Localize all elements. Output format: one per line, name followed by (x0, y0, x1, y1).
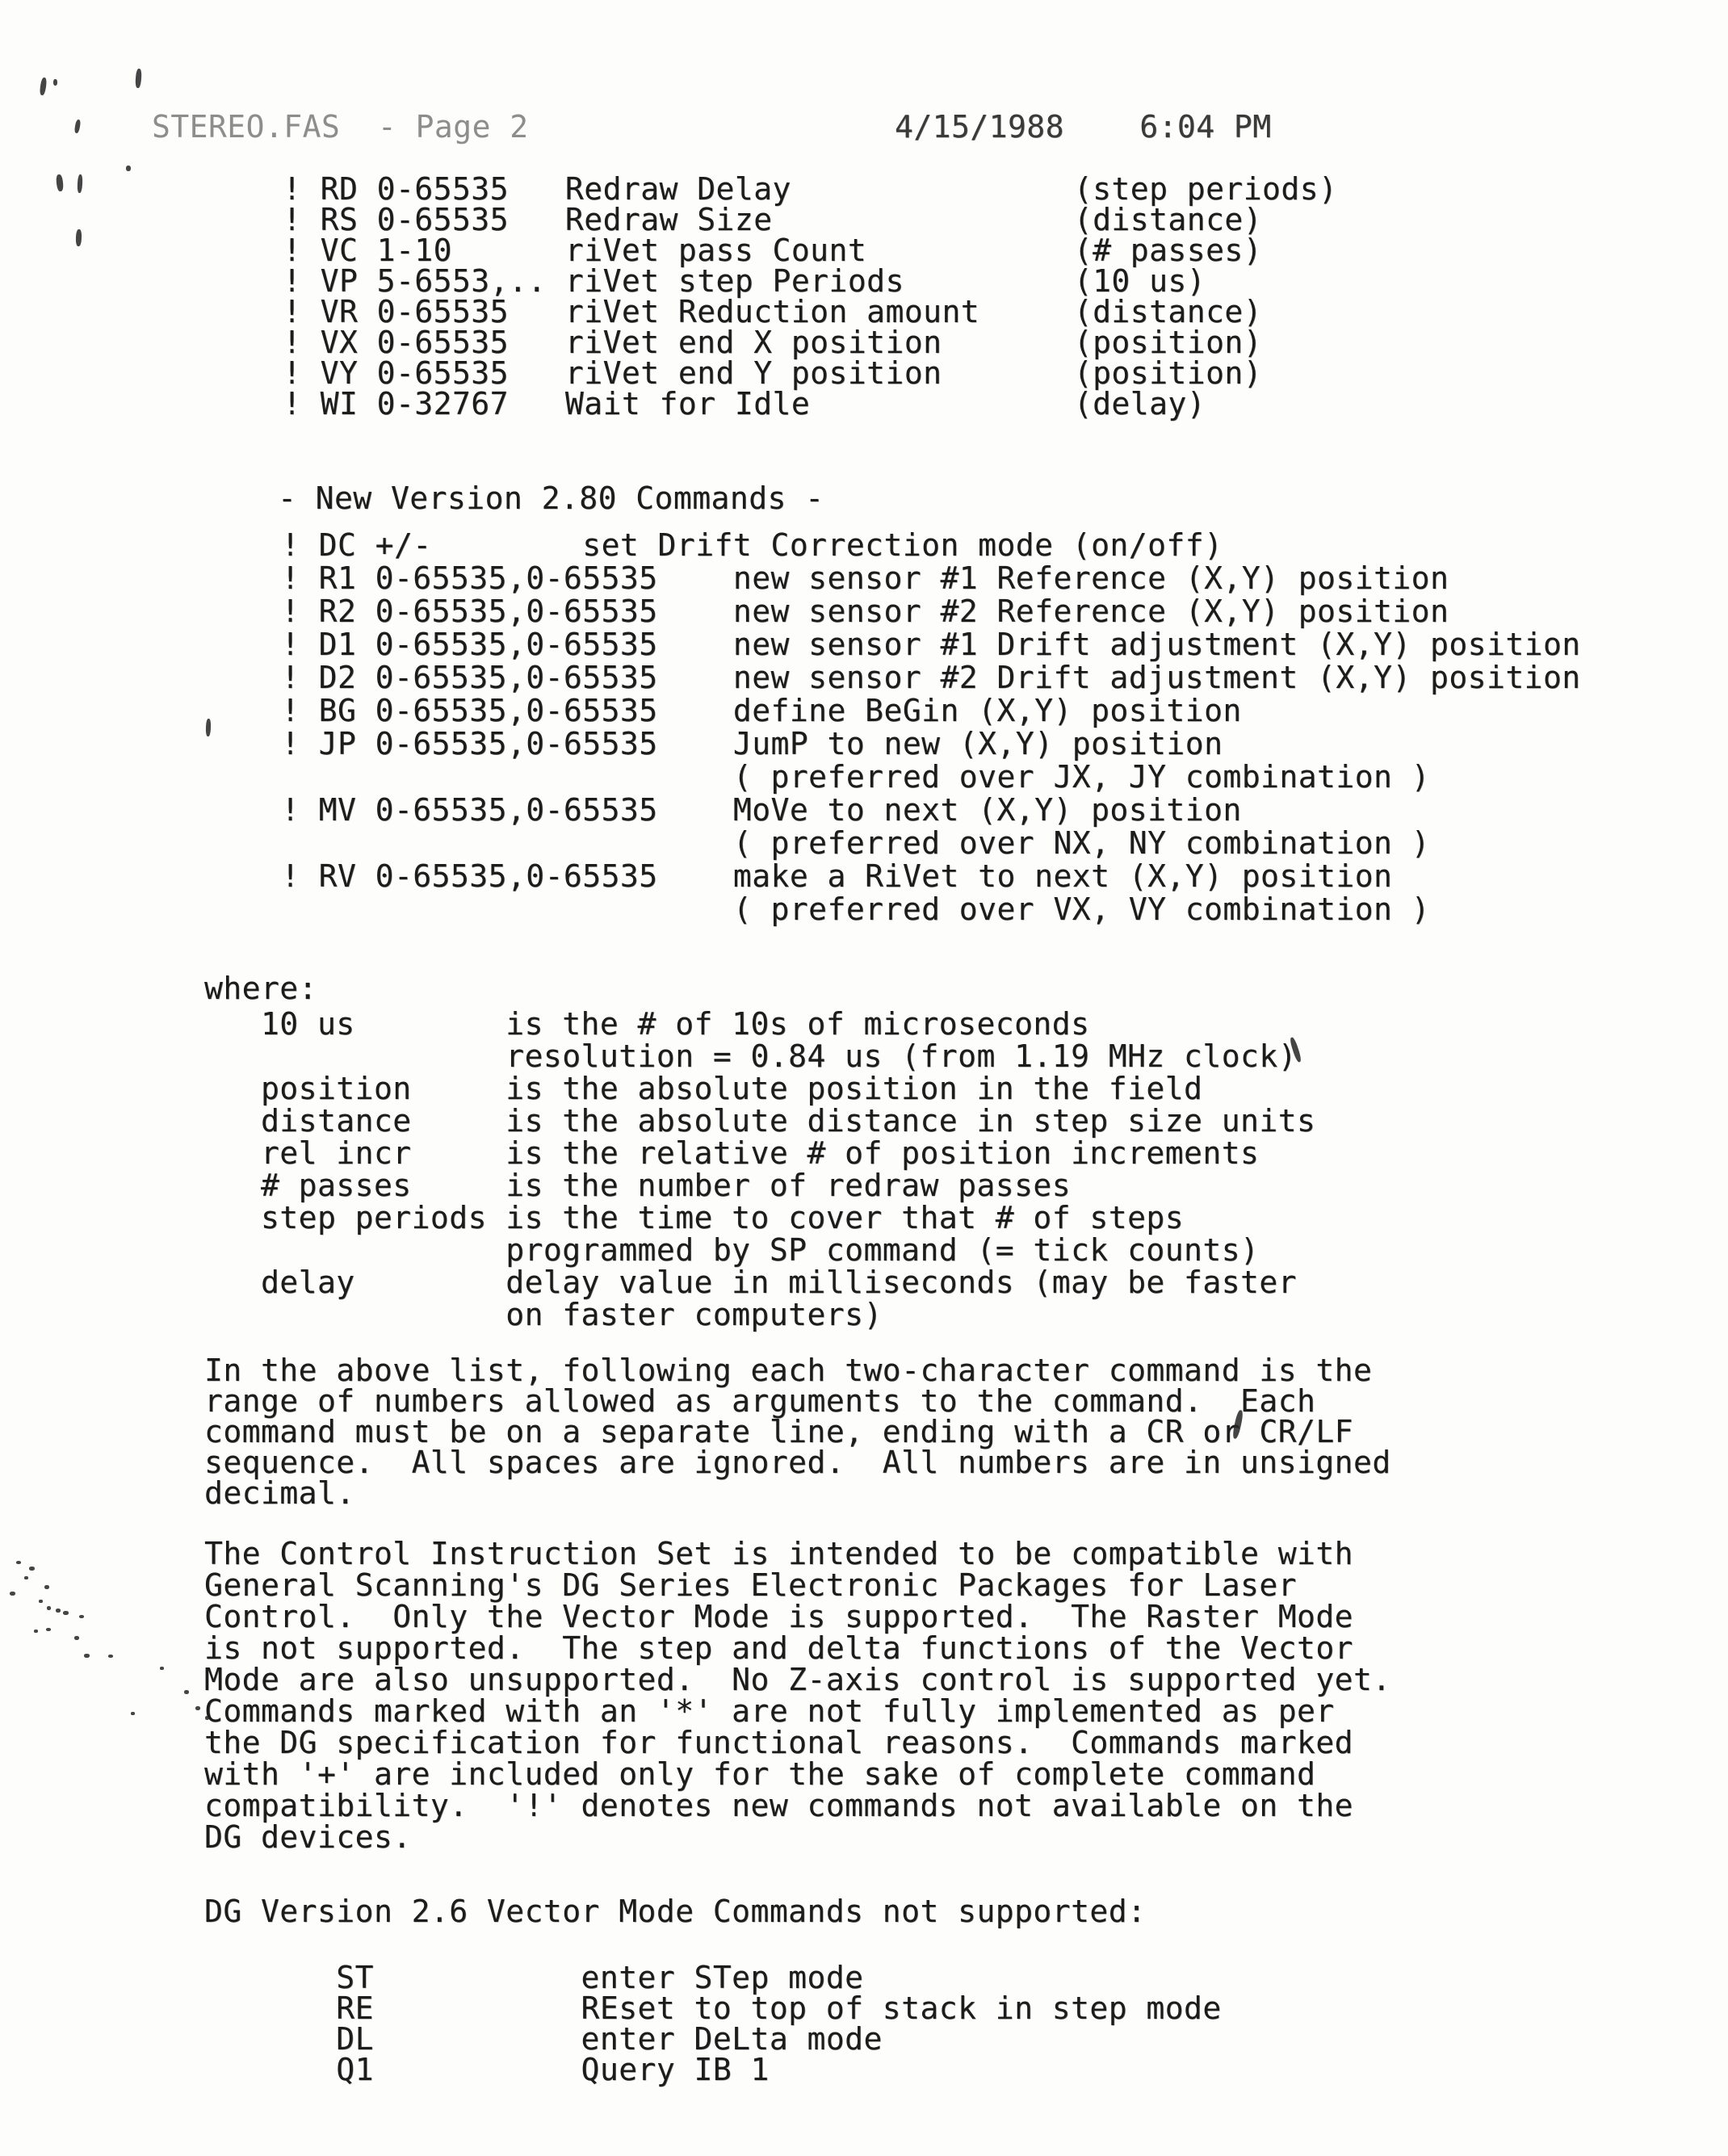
scan-speck (39, 1600, 43, 1603)
scan-speck (40, 78, 48, 96)
scan-speck (184, 1690, 189, 1694)
where-label: where: (204, 973, 317, 1004)
scan-speck (126, 166, 131, 171)
scan-speck (44, 1585, 49, 1589)
scan-speck (108, 1655, 113, 1658)
scan-speck (131, 1712, 135, 1715)
scan-speck (84, 1654, 90, 1658)
unsupported-commands-list: ST enter STep mode RE REset to top of st… (204, 1962, 1222, 2085)
scan-speck (34, 1630, 38, 1633)
scan-speck (76, 229, 82, 246)
scan-speck (24, 1576, 28, 1579)
scan-speck (160, 1667, 164, 1670)
command-list-v28: ! DC +/- set Drift Correction mode (on/o… (281, 529, 1581, 926)
scan-speck (135, 69, 142, 88)
paragraph-compatibility: The Control Instruction Set is intended … (204, 1538, 1391, 1853)
header-datetime: 4/15/1988 6:04 PM (895, 111, 1272, 142)
scan-speck (195, 1706, 200, 1710)
scan-speck (47, 1606, 51, 1610)
scan-speck (74, 120, 82, 134)
unsupported-commands-header: DG Version 2.6 Vector Mode Commands not … (204, 1896, 1146, 1927)
scan-speck (46, 1628, 51, 1631)
paragraph-syntax-rules: In the above list, following each two-ch… (204, 1355, 1391, 1508)
command-list-v1: ! RD 0-65535 Redraw Delay (step periods)… (283, 174, 1337, 419)
scan-speck (79, 1615, 84, 1618)
section-header-new-commands: - New Version 2.80 Commands - (278, 483, 824, 514)
scan-speck (63, 1611, 69, 1615)
definitions-list: 10 us is the # of 10s of microseconds re… (204, 1008, 1315, 1331)
scan-speck (77, 174, 82, 193)
scan-speck (56, 174, 64, 192)
scan-speck (10, 1592, 15, 1596)
scan-speck (74, 1636, 79, 1640)
scan-speck (206, 719, 212, 736)
scan-speck (56, 1609, 61, 1613)
scanned-document-page: STEREO.FAS - Page 2 4/15/1988 6:04 PM ! … (0, 0, 1728, 2156)
header-filename: STEREO.FAS - Page 2 (152, 111, 529, 142)
scan-speck (53, 79, 57, 86)
scan-speck (16, 1561, 21, 1564)
scan-speck (29, 1567, 35, 1571)
